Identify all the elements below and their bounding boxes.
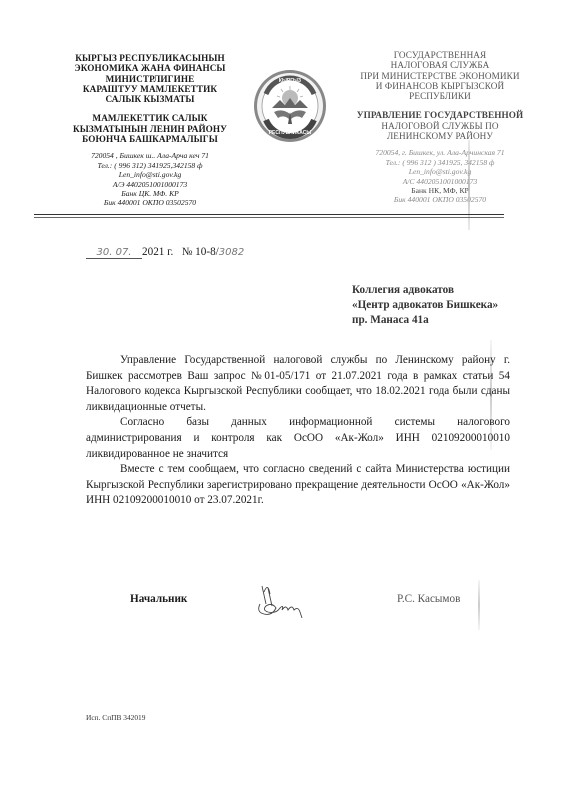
header-right-russian: ГОСУДАРСТВЕННАЯ НАЛОГОВАЯ СЛУЖБА ПРИ МИН… [342, 50, 538, 205]
bank-line: Банк НК, МФ, КР [342, 186, 538, 195]
executor-note: Исп. СпПВ 342019 [86, 713, 145, 722]
phone-line: Тел.: ( 996 312) 341925,342158 ф [52, 161, 248, 170]
header-divider [34, 217, 504, 218]
handwritten-signature-icon [254, 582, 304, 620]
org-line: И ФИНАНСОВ КЫРГЫЗСКОЙ [342, 81, 538, 91]
addressee-block: Коллегия адвокатов «Центр адвокатов Бишк… [352, 283, 498, 329]
year-suffix: 2021 г. [142, 246, 173, 258]
dept-line: БОЮНЧА БАШКАРМАЛЫГЫ [52, 134, 248, 144]
org-line: ГОСУДАРСТВЕННАЯ [342, 50, 538, 60]
address-block-kyrgyz: 720054 , Бишкек ш.. Ала-Арча кеч 71 Тел.… [52, 151, 248, 207]
body-paragraph: Согласно базы данных информационной сист… [86, 415, 510, 462]
org-line: КЫРГЫЗ РЕСПУБЛИКАСЫНЫН [52, 53, 248, 63]
org-name-russian: ГОСУДАРСТВЕННАЯ НАЛОГОВАЯ СЛУЖБА ПРИ МИН… [342, 50, 538, 101]
account-line: А/С 4402051001000173 [342, 177, 538, 186]
org-line: ПРИ МИНИСТЕРСТВЕ ЭКОНОМИКИ [342, 71, 538, 81]
email-line: Len_info@sti.gov.kg [52, 170, 248, 179]
address-line: 720054 , Бишкек ш.. Ала-Арча кеч 71 [52, 151, 248, 160]
dept-name-russian: УПРАВЛЕНИЕ ГОСУДАРСТВЕННОЙ НАЛОГОВОЙ СЛУ… [342, 110, 538, 141]
bank-line: Банк ЦК. МФ. КР [52, 189, 248, 198]
header-divider [34, 214, 504, 215]
svg-text:РЕСПУБЛИКАСЫ: РЕСПУБЛИКАСЫ [269, 130, 312, 136]
scan-artifact [478, 580, 480, 630]
email-line: Len_info@sti.gov.kg [342, 167, 538, 176]
dept-line: УПРАВЛЕНИЕ ГОСУДАРСТВЕННОЙ [342, 110, 538, 120]
body-paragraph: Управление Государственной налоговой слу… [86, 353, 510, 415]
body-paragraph: Вместе с тем сообщаем, что согласно свед… [86, 462, 510, 509]
account-line: А/Э 4402051001000173 [52, 180, 248, 189]
dept-line: МАМЛЕКЕТТИК САЛЫК [52, 113, 248, 123]
address-block-russian: 720054, г. Бишкек, ул. Ала-Арчинская 71 … [342, 148, 538, 204]
letter-body: Управление Государственной налоговой слу… [86, 353, 510, 509]
header-left-kyrgyz: КЫРГЫЗ РЕСПУБЛИКАСЫНЫН ЭКОНОМИКА ЖАНА ФИ… [52, 53, 248, 208]
dept-name-kyrgyz: МАМЛЕКЕТТИК САЛЫК КЫЗМАТЫНЫН ЛЕНИН РАЙОН… [52, 113, 248, 144]
phone-line: Тел.: ( 996 312 ) 341925, 342158 ф [342, 158, 538, 167]
org-line: МИНИСТРЛИГИНЕ [52, 74, 248, 84]
signatory-name: Р.С. Касымов [397, 593, 460, 605]
org-line: НАЛОГОВАЯ СЛУЖБА [342, 60, 538, 70]
kyrgyz-state-emblem-icon: КЫРГЫЗ РЕСПУБЛИКАСЫ [252, 68, 328, 144]
handwritten-date: 30. 07. [86, 247, 142, 259]
outgoing-reference: 30. 07.2021 г. № 10-8/3082 [86, 246, 244, 259]
number-prefix: № 10-8/ [182, 246, 219, 258]
signatory-title: Начальник [130, 593, 187, 605]
addressee-line: «Центр адвокатов Бишкека» [352, 298, 498, 313]
org-line: САЛЫК КЫЗМАТЫ [52, 94, 248, 104]
bik-line: Бик 440001 ОКПО 03502570 [342, 195, 538, 204]
svg-text:КЫРГЫЗ: КЫРГЫЗ [279, 78, 301, 84]
dept-line: НАЛОГОВОЙ СЛУЖБЫ ПО [342, 121, 538, 131]
dept-line: ЛЕНИНСКОМУ РАЙОНУ [342, 131, 538, 141]
org-line: ЭКОНОМИКА ЖАНА ФИНАНСЫ [52, 63, 248, 73]
org-name-kyrgyz: КЫРГЫЗ РЕСПУБЛИКАСЫНЫН ЭКОНОМИКА ЖАНА ФИ… [52, 53, 248, 104]
addressee-line: Коллегия адвокатов [352, 283, 498, 298]
dept-line: КЫЗМАТЫНЫН ЛЕНИН РАЙОНУ [52, 124, 248, 134]
handwritten-number: 3082 [219, 247, 244, 258]
address-line: 720054, г. Бишкек, ул. Ала-Арчинская 71 [342, 148, 538, 157]
org-line: КАРАШТУУ МАМЛЕКЕТТИК [52, 84, 248, 94]
org-line: РЕСПУБЛИКИ [342, 91, 538, 101]
bik-line: Бик 440001 ОКПО 03502570 [52, 198, 248, 207]
addressee-line: пр. Манаса 41а [352, 313, 498, 328]
